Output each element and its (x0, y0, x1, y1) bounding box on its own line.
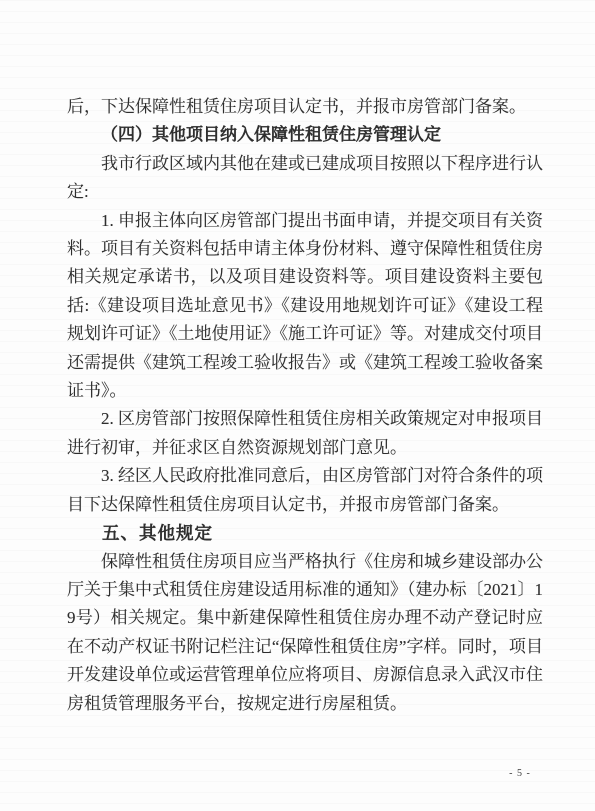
paragraph-procedure-intro: 我市行政区域内其他在建或已建成项目按照以下程序进行认定: (67, 150, 543, 207)
paragraph-continuation: 后，下达保障性租赁住房项目认定书，并报市房管部门备案。 (67, 93, 543, 121)
sub-heading-other-projects-recognition: （四）其他项目纳入保障性租赁住房管理认定 (67, 121, 543, 149)
section-heading-other-provisions: 五、其他规定 (67, 519, 543, 547)
paragraph-other-provisions-body: 保障性租赁住房项目应当严格执行《住房和城乡建设部办公厅关于集中式租赁住房建设适用… (67, 548, 543, 718)
paragraph-step-1: 1. 申报主体向区房管部门提出书面申请，并提交项目有关资料。项目有关资料包括申请… (67, 207, 543, 406)
document-page-body: 后，下达保障性租赁住房项目认定书，并报市房管部门备案。 （四）其他项目纳入保障性… (67, 93, 543, 718)
paragraph-step-2: 2. 区房管部门按照保障性租赁住房相关政策规定对申报项目进行初审，并征求区自然资… (67, 405, 543, 462)
page-number: - 5 - (498, 768, 542, 779)
paragraph-step-3: 3. 经区人民政府批准同意后，由区房管部门对符合条件的项目下达保障性租赁住房项目… (67, 462, 543, 519)
